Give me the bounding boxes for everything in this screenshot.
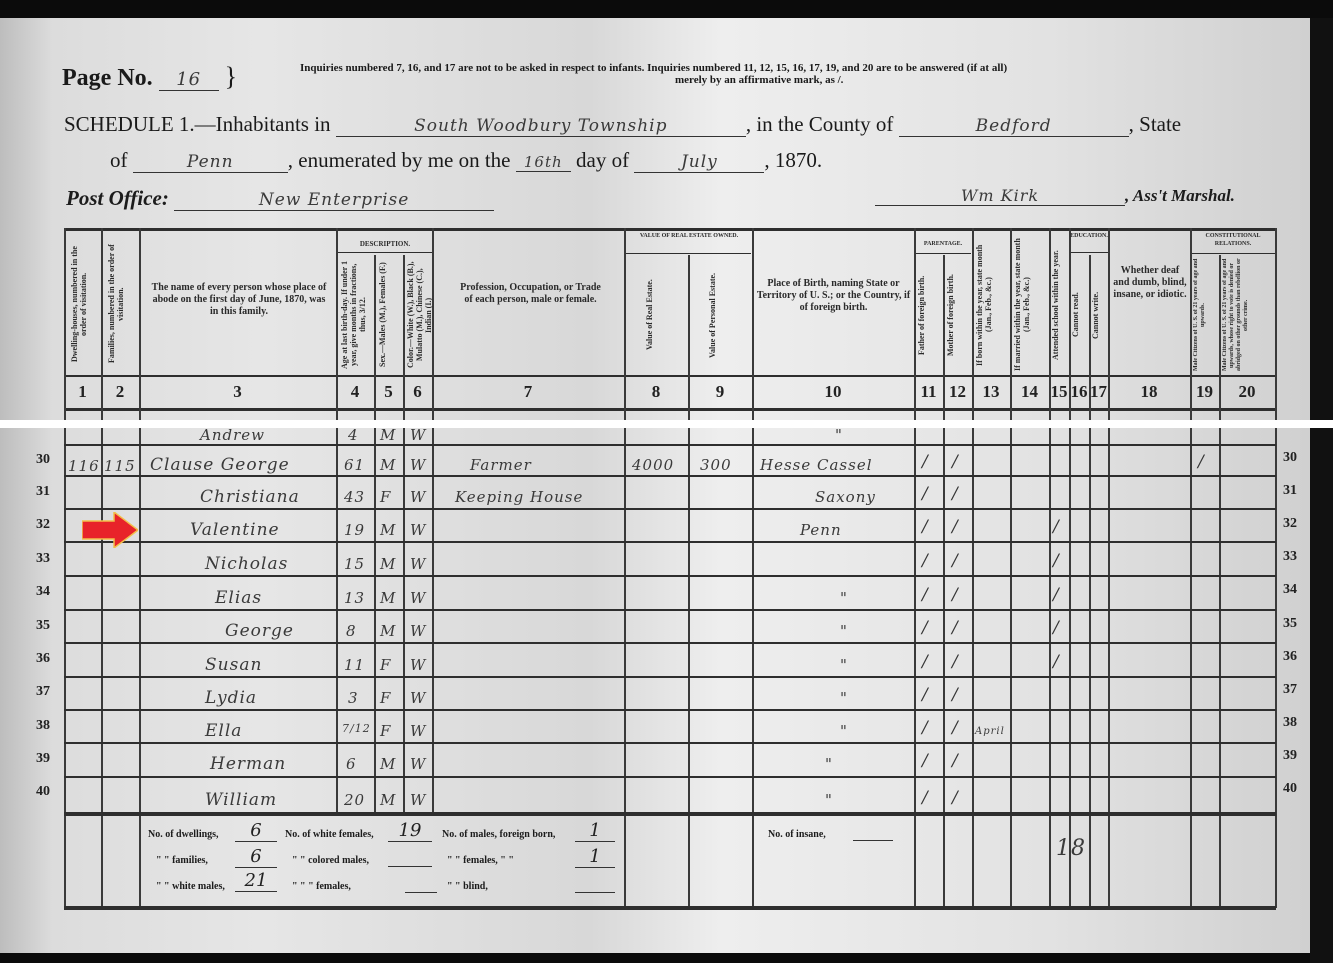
col-border-17 [1108,228,1110,908]
page-label: Page No. [62,65,153,91]
person-name: Susan [205,655,262,675]
mother-foreign-mark: / [952,652,958,672]
color: W [410,656,426,674]
colored-males-label: " " colored males, [292,855,369,866]
line-number: 33 [36,551,50,567]
birthplace: " [840,722,848,740]
post-office-label: Post Office: [66,186,169,210]
sex: F [380,722,391,740]
color: W [410,456,426,474]
row-line [64,642,1276,644]
col-border-7 [624,228,626,908]
state-field: Penn [133,152,288,173]
age: 15 [344,555,365,573]
education-group-header: EDUCATION. [1070,232,1108,240]
col-border-20 [1275,228,1277,908]
page-number: 16 [159,69,219,91]
row-line [64,709,1276,711]
col-num-19: 19 [1190,382,1219,402]
person-name: Herman [210,754,286,774]
state-label: , State [1129,112,1182,136]
col-border-2 [139,228,141,908]
birthplace: Saxony [815,488,876,506]
line-number: 37 [36,684,50,700]
families-label: " " families, [156,855,208,866]
col-num-16: 16 [1069,382,1089,402]
col-num-12: 12 [943,382,972,402]
col-border-18 [1190,228,1192,908]
sex: F [380,689,391,707]
post-office-field: New Enterprise [174,190,494,211]
age: 61 [344,456,365,474]
line-number: 37 [1283,682,1297,698]
col-15-header: Attended school within the year. [1051,238,1068,372]
color: W [410,521,426,539]
mother-foreign-mark: / [952,718,958,738]
instructions: Inquiries numbered 7, 16, and 17 are not… [300,62,1290,86]
person-name: George [225,621,294,641]
row-line [64,676,1276,678]
education-group-line [1069,252,1108,253]
line-number: 31 [1283,483,1297,499]
white-males-count: 21 [235,870,277,892]
age: 13 [344,589,365,607]
line-number: 38 [1283,715,1297,731]
col-14-header: If married within the year, state month … [1013,238,1045,372]
person-name: Nicholas [205,554,288,574]
insane-label: No. of insane, [768,829,826,840]
birthplace: " [840,622,848,640]
header-divider [64,375,1276,377]
birthplace: " [840,689,848,707]
colored-females-label: " " " females, [292,881,351,892]
col-border-1 [101,228,103,908]
row-line [64,742,1276,744]
colored-males-count [388,846,432,867]
col-8-header: Value of Real Estate. [645,258,675,372]
col-border-3 [336,228,338,813]
col-border-4 [374,255,376,813]
occupation: Farmer [470,456,532,474]
row-line [64,575,1276,577]
sex: M [380,622,396,640]
col-num-7: 7 [432,382,624,402]
col-10-header: Place of Birth, naming State or Territor… [756,278,911,314]
person-name: Ella [205,721,242,741]
birthplace: Penn [800,521,842,539]
marshal-field: Wm Kirk [875,186,1125,206]
sex: M [380,791,396,809]
col-2-header: Families, numbered in the order of visit… [107,238,135,370]
line-number: 30 [1283,450,1297,466]
father-foreign-mark: / [922,718,928,738]
color: W [410,622,426,640]
real-estate-value: 4000 [632,456,674,474]
row-line [64,508,1276,510]
school-mark: / [1053,585,1059,605]
females-foreign-count: 1 [575,846,615,868]
col-num-3: 3 [139,382,336,402]
page-number-label: Page No. 16 } [62,62,237,92]
father-foreign-mark: / [922,517,928,537]
school-total: 18 [1056,836,1086,861]
marshal-label: , Ass't Marshal. [1125,186,1235,205]
constitutional-group-header: CONSTITUTIONAL RELATIONS. [1192,232,1274,248]
col-num-18: 18 [1108,382,1190,402]
day-field: 16th [516,153,571,172]
father-foreign-mark: / [922,452,928,472]
instructions-line-2: merely by an affirmative mark, as /. [300,74,1290,86]
col-border-0 [64,228,66,908]
table-body-bottom [64,812,1276,816]
mother-foreign-mark: / [952,788,958,808]
father-foreign-mark: / [922,618,928,638]
color: W [410,722,426,740]
month-field: July [634,152,764,173]
age: 11 [344,656,365,674]
township-field: South Woodbury Township [336,116,746,137]
col-3-header: The name of every person whose place of … [148,282,330,318]
mother-foreign-mark: / [952,685,958,705]
males-foreign-count: 1 [575,820,615,842]
birthplace: " [825,755,833,773]
males-foreign-label: No. of males, foreign born, [442,829,555,840]
partial-row-birthplace: " [835,426,843,444]
col-1-header: Dwelling-houses, numbered in the order o… [70,238,98,370]
marshal-line: Wm Kirk, Ass't Marshal. [875,186,1235,206]
citizen-mark: / [1198,452,1204,472]
line-number: 39 [1283,748,1297,764]
col-num-20: 20 [1219,382,1275,402]
line-number: 38 [36,718,50,734]
col-num-11: 11 [914,382,943,402]
mother-foreign-mark: / [952,452,958,472]
red-arrow-icon [82,512,138,548]
row-line [64,776,1276,778]
enumeration-line: of Penn, enumerated by me on the 16th da… [110,148,822,173]
brace: } [225,62,237,91]
year-label: , 1870. [764,148,822,172]
partial-row-color: W [410,426,426,444]
sex: F [380,656,391,674]
col-20-header: Male Citizens of U. S. of 21 years of ag… [1222,258,1272,372]
col-16-header: Cannot read. [1071,258,1088,372]
father-foreign-mark: / [922,751,928,771]
col-num-15: 15 [1049,382,1069,402]
age: 3 [348,689,359,707]
col-18-header: Whether deaf and dumb, blind, insane, or… [1112,265,1188,301]
line-number: 40 [1283,781,1297,797]
partial-row-sex: M [380,426,396,444]
of-label: of [110,148,128,172]
white-males-label: " " white males, [156,881,225,892]
line-number: 33 [1283,549,1297,565]
mother-foreign-mark: / [952,585,958,605]
day-of-label: day of [576,148,629,172]
colored-females-count [405,872,437,893]
color: W [410,555,426,573]
schedule-label: SCHEDULE 1.—Inhabitants in [64,112,331,136]
value-group-line [624,253,751,254]
line-number: 40 [36,784,50,800]
instructions-line-1: Inquiries numbered 7, 16, and 17 are not… [300,62,1290,74]
line-number: 39 [36,751,50,767]
description-group-header: DESCRIPTION. [338,238,432,250]
mother-foreign-mark: / [952,618,958,638]
females-foreign-label: " " females, " " [447,855,514,866]
mother-foreign-mark: / [952,484,958,504]
col-border-8 [688,255,690,908]
col-border-12 [972,228,974,908]
line-number: 32 [1283,516,1297,532]
col-num-9: 9 [688,382,752,402]
father-foreign-mark: / [922,484,928,504]
partial-row-name: Andrew [200,426,265,444]
row-line [64,541,1276,543]
value-group-header: VALUE OF REAL ESTATE OWNED. [628,232,750,240]
birthplace: Hesse Cassel [760,456,873,474]
col-num-2: 2 [101,382,139,402]
parentage-group-line [914,253,971,254]
born-month: April [975,726,1005,737]
partial-row-age: 4 [348,426,359,444]
col-4-header: Age at last birth-day. If under 1 year, … [340,258,372,372]
school-mark: / [1053,618,1059,638]
schedule-line: SCHEDULE 1.—Inhabitants in South Woodbur… [64,112,1284,137]
father-foreign-mark: / [922,551,928,571]
county-label: , in the County of [746,112,894,136]
col-num-5: 5 [374,382,403,402]
col-13-header: If born within the year, state month (Ja… [975,238,1007,372]
col-9-header: Value of Personal Estate. [708,258,738,372]
line-number: 34 [1283,582,1297,598]
birthplace: " [825,791,833,809]
sex: M [380,521,396,539]
mother-foreign-mark: / [952,751,958,771]
col-num-10: 10 [752,382,914,402]
occupation: Keeping House [455,488,583,506]
county-field: Bedford [899,116,1129,137]
father-foreign-mark: / [922,685,928,705]
col-num-13: 13 [972,382,1010,402]
line-number: 34 [36,584,50,600]
line-number: 36 [1283,649,1297,665]
col-border-11 [943,255,945,908]
sex: M [380,555,396,573]
table-top-border [64,228,1276,231]
enumerated-label: , enumerated by me on the [288,148,511,172]
color: W [410,488,426,506]
table-bottom-border [64,906,1276,910]
constitutional-group-line [1190,253,1275,254]
white-females-count: 19 [388,820,432,842]
color: W [410,589,426,607]
white-females-label: No. of white females, [285,829,374,840]
birthplace: " [840,589,848,607]
row-line [64,609,1276,611]
mother-foreign-mark: / [952,517,958,537]
sex: M [380,755,396,773]
birthplace: " [840,656,848,674]
line-number: 32 [36,517,50,533]
col-12-header: Mother of foreign birth. [946,258,970,372]
col-7-header: Profession, Occupation, or Trade of each… [458,282,603,306]
dwellings-label: No. of dwellings, [148,829,219,840]
age: 7/12 [342,722,371,735]
age: 6 [346,755,357,773]
school-mark: / [1053,652,1059,672]
line-number: 35 [36,618,50,634]
description-group-line [336,252,432,253]
age: 8 [346,622,357,640]
school-mark: / [1053,551,1059,571]
person-name: Lydia [205,688,257,708]
col-border-19 [1219,255,1221,908]
father-foreign-mark: / [922,788,928,808]
families-count: 6 [235,846,277,868]
col-num-4: 4 [336,382,374,402]
col-5-header: Sex.—Males (M.), Females (F.) [378,258,400,372]
col-num-8: 8 [624,382,688,402]
col-11-header: Father of foreign birth. [917,258,941,372]
mother-foreign-mark: / [952,551,958,571]
blind-count [575,872,615,893]
parentage-group-header: PARENTAGE. [915,238,971,250]
father-foreign-mark: / [922,585,928,605]
color: W [410,755,426,773]
dwelling-number: 116 [68,457,100,475]
col-6-header: Color.—White (W.), Black (B.), Mulatto (… [406,258,430,372]
person-name: William [205,790,277,810]
person-name: Valentine [190,520,280,540]
line-number: 35 [1283,616,1297,632]
family-number: 115 [104,457,136,475]
sex: M [380,589,396,607]
column-number-divider [64,408,1276,411]
dwellings-count: 6 [235,820,277,842]
person-name: Christiana [200,487,300,507]
col-num-14: 14 [1010,382,1049,402]
row-line [64,444,1276,446]
col-num-17: 17 [1089,382,1108,402]
col-19-header: Male Citizens of U. S. of 21 years of ag… [1193,258,1217,372]
sex: F [380,488,391,506]
col-border-9 [752,228,754,908]
age: 19 [344,521,365,539]
insane-count [853,820,893,841]
col-border-5 [403,255,405,813]
post-office-line: Post Office: New Enterprise [66,186,494,211]
row-line [64,475,1276,477]
page-edge [1310,18,1333,963]
person-name: Elias [215,588,262,608]
school-mark: / [1053,517,1059,537]
line-number: 31 [36,484,50,500]
father-foreign-mark: / [922,652,928,672]
col-border-13 [1010,228,1012,908]
color: W [410,791,426,809]
col-border-10 [914,228,916,908]
line-number: 30 [36,452,50,468]
sex: M [380,456,396,474]
line-number: 36 [36,651,50,667]
age: 20 [344,791,365,809]
personal-estate-value: 300 [700,456,732,474]
person-name: Clause George [150,455,290,475]
col-17-header: Cannot write. [1091,258,1108,372]
blind-label: " " blind, [447,881,488,892]
color: W [410,689,426,707]
age: 43 [344,488,365,506]
col-num-1: 1 [64,382,101,402]
col-num-6: 6 [403,382,432,402]
